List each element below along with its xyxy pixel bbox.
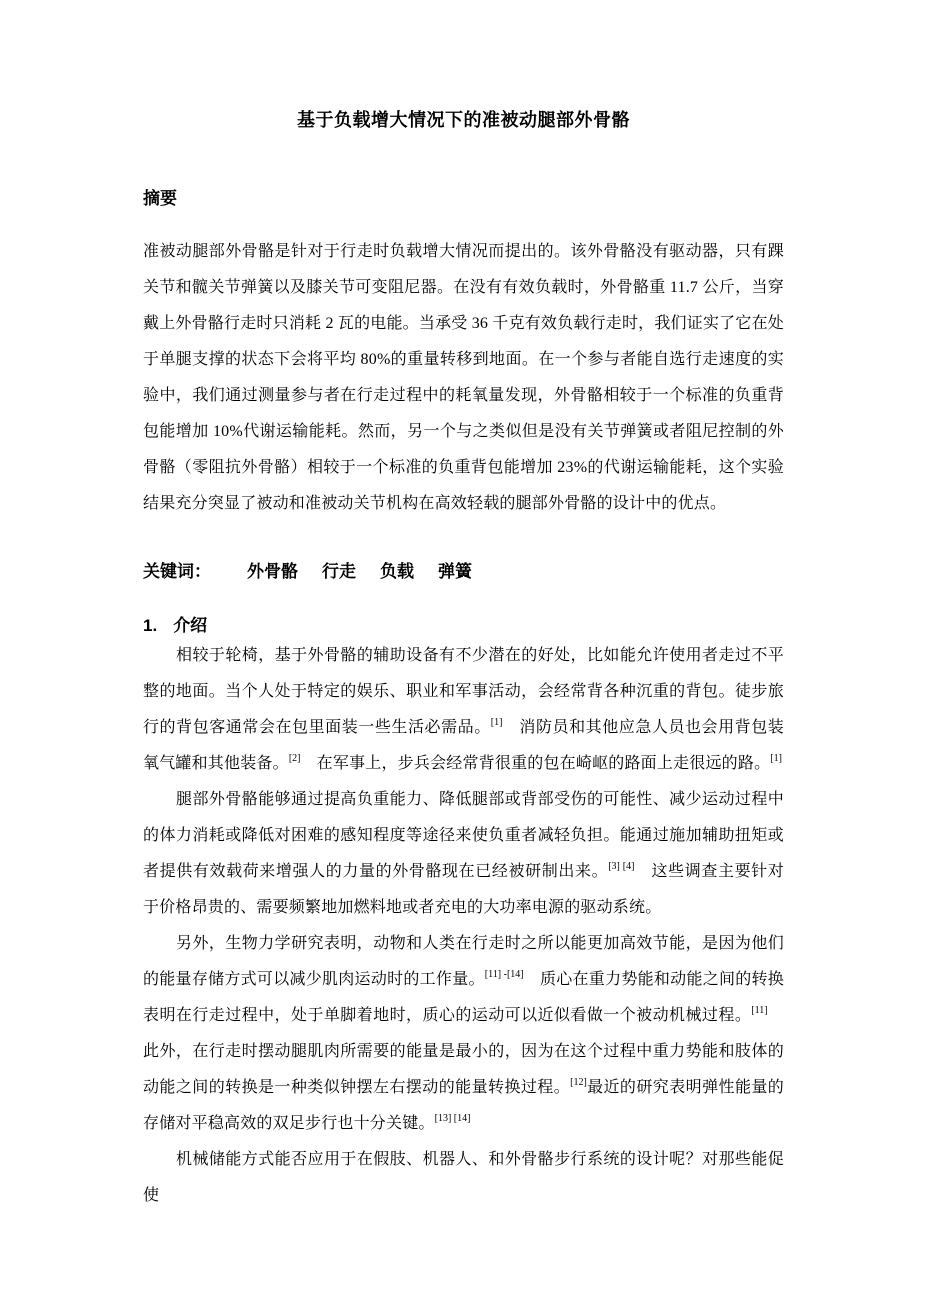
abstract-heading: 摘要 <box>143 188 784 210</box>
keyword: 外骨骼 <box>247 562 298 581</box>
section-number: 1. <box>143 616 157 635</box>
intro-paragraph-4: 机械储能方式能否应用于在假肢、机器人、和外骨骼步行系统的设计呢？对那些能促使 <box>143 1142 784 1214</box>
section-title: 介绍 <box>173 616 207 635</box>
citation-ref: [2] <box>289 753 301 764</box>
intro-paragraph-1: 相较于轮椅，基于外骨骼的辅助设备有不少潜在的好处，比如能允许使用者走过不平整的地… <box>143 638 784 782</box>
keywords-label: 关键词： <box>143 562 211 581</box>
keywords-list: 外骨骼行走负载弹簧 <box>247 562 472 581</box>
keyword: 行走 <box>322 562 356 581</box>
citation-ref: [1] <box>491 717 503 728</box>
section-1-heading: 1.介绍 <box>143 614 784 638</box>
keyword: 负载 <box>380 562 414 581</box>
text-run: 机械储能方式能否应用于在假肢、机器人、和外骨骼步行系统的设计呢？对那些能促使 <box>143 1151 784 1204</box>
citation-ref: [13] [14] <box>435 1113 471 1124</box>
document-page: 基于负载增大情况下的准被动腿部外骨骼 摘要 准被动腿部外骨骼是针对于行走时负载增… <box>0 0 926 1309</box>
document-title: 基于负载增大情况下的准被动腿部外骨骼 <box>143 107 784 133</box>
citation-ref: [1] <box>770 753 782 764</box>
citation-ref: [11] <box>751 1005 767 1016</box>
text-run: 准被动腿部外骨骼是针对于行走时负载增大情况而提出的。该外骨骼没有驱动器，只有踝关… <box>143 243 784 512</box>
citation-ref: [11] -[14] <box>485 969 524 980</box>
abstract-paragraph: 准被动腿部外骨骼是针对于行走时负载增大情况而提出的。该外骨骼没有驱动器，只有踝关… <box>143 234 784 522</box>
intro-paragraph-2: 腿部外骨骼能够通过提高负重能力、降低腿部或背部受伤的可能性、减少运动过程中的体力… <box>143 782 784 926</box>
intro-paragraph-3: 另外，生物力学研究表明，动物和人类在行走时之所以能更加高效节能，是因为他们的能量… <box>143 926 784 1142</box>
citation-ref: [12] <box>570 1077 587 1088</box>
citation-ref: [3] [4] <box>608 861 634 872</box>
keyword: 弹簧 <box>438 562 472 581</box>
keywords-row: 关键词：外骨骼行走负载弹簧 <box>143 560 784 584</box>
text-run: 在军事上，步兵会经常背很重的包在崎岖的路面上走很远的路。 <box>300 755 770 772</box>
